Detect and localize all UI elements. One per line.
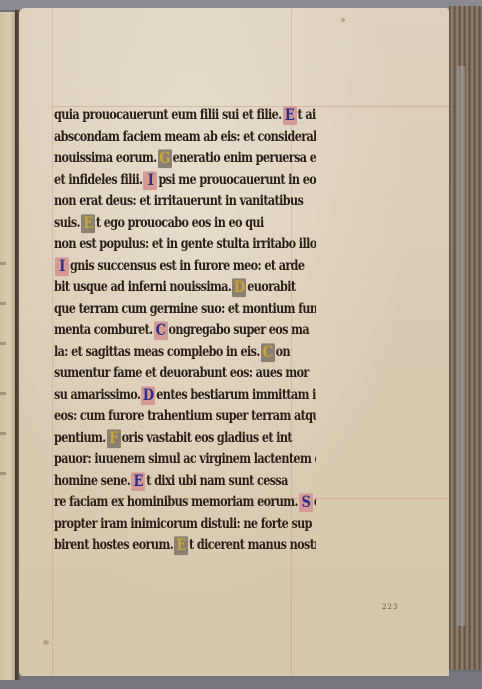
decorated-initial: C — [261, 342, 275, 361]
stain — [341, 18, 345, 22]
decorated-initial: E — [283, 106, 297, 125]
line-text: ed — [314, 492, 316, 510]
line-text: birent hostes eorum. — [54, 535, 173, 553]
page-edges — [449, 6, 482, 670]
text-block: quia prouocauerunt eum filii sui et fili… — [54, 104, 316, 556]
line-text: euorabit — [247, 277, 295, 295]
line-text: pentium. — [54, 428, 106, 446]
decorated-initial: C — [154, 321, 168, 340]
line-text: entes bestiarum immittam i — [156, 385, 316, 403]
line-text: non est populus: et in gente stulta irri… — [54, 234, 316, 252]
edge-sheen — [457, 66, 465, 626]
line-text: eos: cum furore trahentium super terram … — [54, 406, 316, 424]
ghost-text — [0, 342, 6, 345]
ghost-text — [0, 302, 6, 305]
line-text: t dixi ubi nam sunt cessa — [146, 471, 288, 489]
decorated-initial: D — [141, 385, 155, 404]
line-text: menta comburet. — [54, 320, 153, 338]
line-text: abscondam faciem meam ab eis: et conside… — [54, 127, 316, 145]
ghost-text — [0, 432, 6, 435]
line-text: t ego prouocabo eos in eo qui — [96, 213, 264, 231]
line-text: la: et sagittas meas complebo in eis. — [54, 342, 260, 360]
line-text: re faciam ex hominibus memoriam eorum. — [54, 492, 298, 510]
line-text: gnis succensus est in furore meo: et ard… — [70, 256, 304, 274]
line-text: ongregabo super eos ma — [169, 320, 310, 338]
line-text: et infideles filii. — [54, 170, 142, 188]
ruling-line — [52, 8, 53, 676]
line-text: su amarissimo. — [54, 385, 140, 403]
line-text: on — [276, 342, 290, 360]
line-text: suis. — [54, 213, 80, 231]
decorated-initial: G — [158, 149, 172, 168]
line-text: propter iram inimicorum distuli: ne fort… — [54, 514, 312, 532]
ghost-text — [0, 472, 6, 475]
decorated-initial: E — [131, 471, 145, 490]
facing-page-edge — [0, 12, 16, 680]
decorated-initial: F — [107, 428, 121, 447]
line-text: non erat deus: et irritauerunt in vanita… — [54, 191, 303, 209]
decorated-initial: E — [81, 213, 95, 232]
stain — [43, 640, 49, 645]
line-text: psi me prouocauerunt in eo qui — [158, 170, 316, 188]
line-text: sumentur fame et deuorabunt eos: aues mo… — [54, 363, 309, 381]
folio-number: 223 — [382, 603, 398, 611]
ghost-text — [0, 392, 6, 395]
line-text: eneratio enim peruersa est: — [173, 148, 316, 166]
decorated-initial: S — [299, 493, 313, 512]
line-text: quia prouocauerunt eum filii sui et fili… — [54, 105, 282, 123]
decorated-initial: D — [232, 278, 246, 297]
line-text: oris vastabit eos gladius et int — [122, 428, 292, 446]
decorated-initial: E — [174, 536, 188, 555]
text-line: birent hostes eorum.Et dicerent manus no… — [54, 531, 316, 558]
line-text: bit usque ad inferni nouissima. — [54, 277, 231, 295]
decorated-initial: I — [55, 256, 69, 275]
line-text: t ait — [298, 105, 317, 123]
decorated-initial: I — [143, 170, 157, 189]
line-text: que terram cum germine suo: et montium f… — [54, 299, 316, 317]
line-text: pauor: iuuenem simul ac virginem lactent… — [54, 449, 316, 467]
line-text: t dicerent manus nostra — [189, 535, 316, 553]
line-text: nouissima eorum. — [54, 148, 157, 166]
ghost-text — [0, 262, 6, 265]
line-text: homine sene. — [54, 471, 130, 489]
